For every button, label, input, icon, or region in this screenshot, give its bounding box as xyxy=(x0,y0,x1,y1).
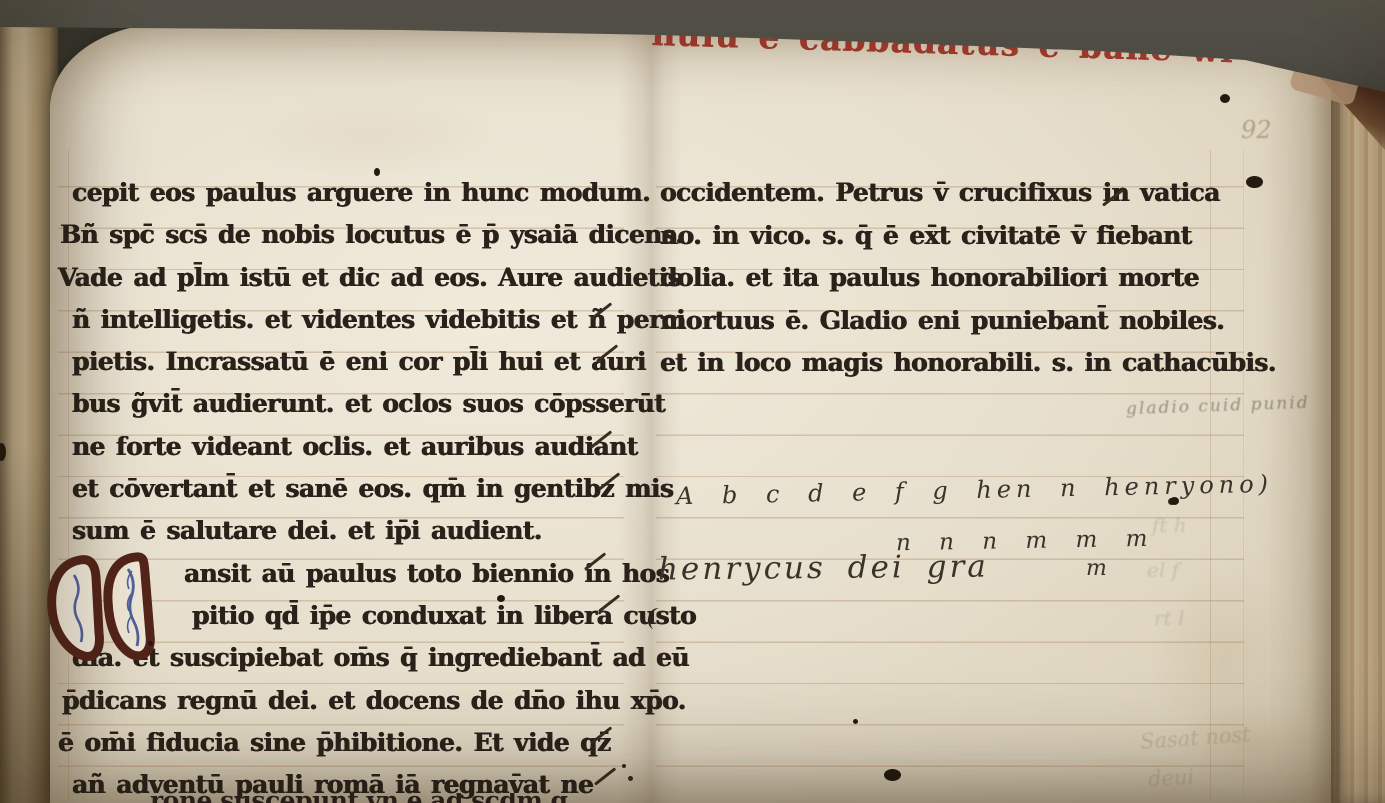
text-line: no. in vico. s. q̄ ē ex̄t civitatē v̄ fi… xyxy=(656,215,1256,258)
wormhole xyxy=(374,168,380,176)
text-line: p̄dicans regnū dei. et docens de dn̄o ih… xyxy=(58,680,638,722)
ink-dot xyxy=(628,776,633,781)
initial-letter-value: M xyxy=(44,551,45,552)
text-line: bus g̃vit̄ audierunt. et oclos suos cōps… xyxy=(58,383,638,425)
initial-letter-art xyxy=(44,551,174,665)
left-text-column: cepit eos paulus arguere in hunc modum. … xyxy=(58,172,638,803)
right-text-column: occidentem. Petrus v̄ crucifixus in vati… xyxy=(656,172,1256,385)
pen-trial-extra-m: m xyxy=(1086,556,1107,581)
text-line: sum ē salutare dei. et ip̄i audient. xyxy=(58,510,638,552)
wormhole xyxy=(497,595,505,602)
partial-text-line: ronē suscep̄unt vn̄ ē ad scd̄m q̄ xyxy=(150,793,670,803)
text-line: et cōvertant̄ et sanē eos. qm̄ in gentib… xyxy=(58,468,638,510)
wormhole xyxy=(1170,497,1179,505)
text-line: et in loco magis honorabili. s. in catha… xyxy=(656,342,1256,385)
text-line: Vade ad pl̄m istū et dic ad eos. Aure au… xyxy=(58,257,638,299)
parchment-stain xyxy=(240,90,500,180)
wormhole xyxy=(148,641,153,646)
wormhole xyxy=(884,769,901,781)
wormhole xyxy=(1246,176,1263,188)
text-line: pietis. Incrassatū ē eni cor pl̄i hui et… xyxy=(58,341,638,383)
pen-trial-signature: henrycus dei gra xyxy=(658,549,989,588)
fore-edge-page-stack xyxy=(1331,54,1385,803)
wormhole xyxy=(1220,94,1230,103)
showthrough-text: rt l xyxy=(1154,606,1184,630)
text-line: Bñ spc̄ scs̄ de nobis locutus ē p̄ ysaiā… xyxy=(58,214,638,256)
wormhole xyxy=(853,719,858,724)
text-line: ē om̄i fiducia sine p̄hibitione. Et vide… xyxy=(58,722,638,764)
folio-number: 92 xyxy=(1241,116,1272,144)
text-line: ne forte videant oclis. et auribus audia… xyxy=(58,426,638,468)
ink-dot xyxy=(622,764,626,768)
manuscript-photo: nuiu e cabbadatus e bane wi Cōnu se cepi… xyxy=(0,0,1385,803)
text-line: dolia. et ita paulus honorabiliori morte xyxy=(656,257,1256,300)
text-line: occidentem. Petrus v̄ crucifixus in vati… xyxy=(656,172,1256,215)
text-line: ñ intelligetis. et videntes videbitis et… xyxy=(58,299,638,341)
showthrough-text: ft h xyxy=(1152,513,1187,537)
text-line: cepit eos paulus arguere in hunc modum. xyxy=(58,172,638,214)
blackletter-initial-M: M xyxy=(44,551,174,665)
text-line: mortuus ē. Gladio eni puniebant̄ nobiles… xyxy=(656,300,1256,343)
marginal-note-bottom: deui xyxy=(1147,765,1194,791)
showthrough-text: el f xyxy=(1147,558,1179,582)
